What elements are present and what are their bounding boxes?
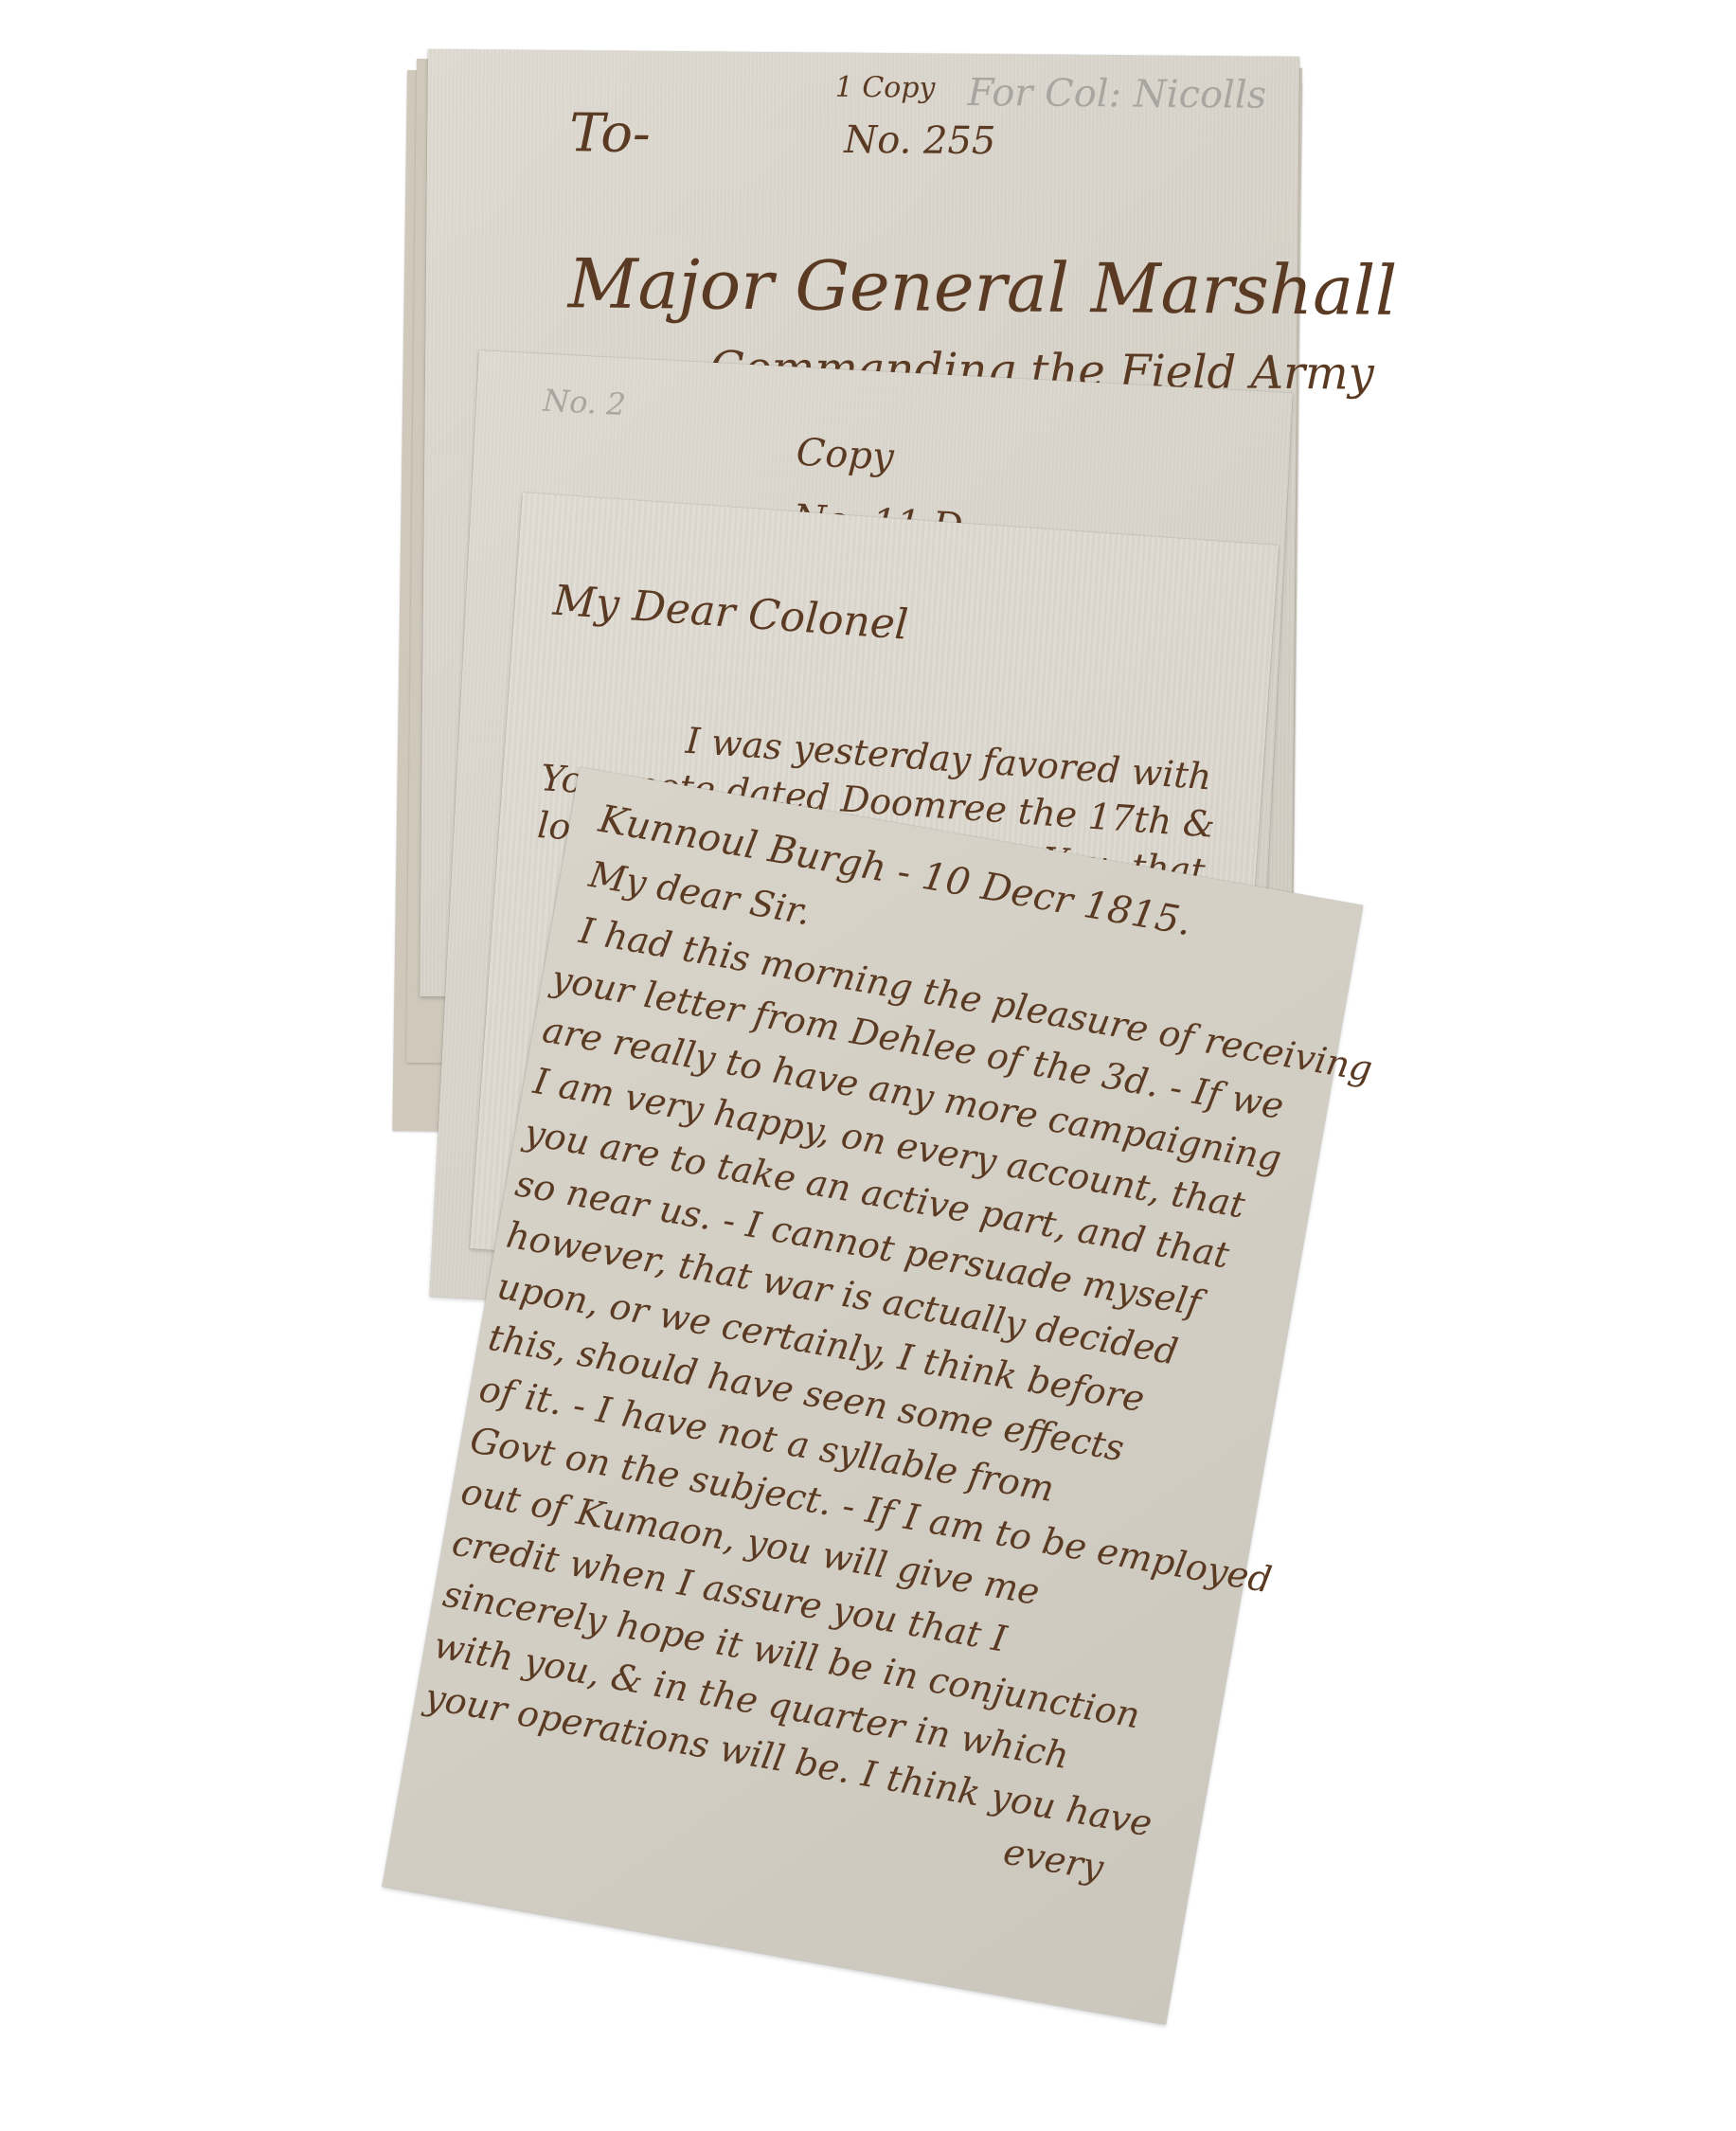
salutation: My Dear Colonel [552,581,910,647]
pencil-number: No. 2 [542,383,626,423]
addressee: Major General Marshall [568,249,1398,325]
catchword: every [1001,1833,1106,1886]
to-label: To- [569,107,651,161]
copy-note: 1 Copy [835,74,936,103]
manuscript-stack: To- 1 Copy For Col: Nicolls No. 255 Majo… [0,0,1736,2131]
pencil-annotation: For Col: Nicolls [967,71,1266,117]
document-number: No. 255 [844,121,995,160]
copy-note: Copy [796,434,895,476]
